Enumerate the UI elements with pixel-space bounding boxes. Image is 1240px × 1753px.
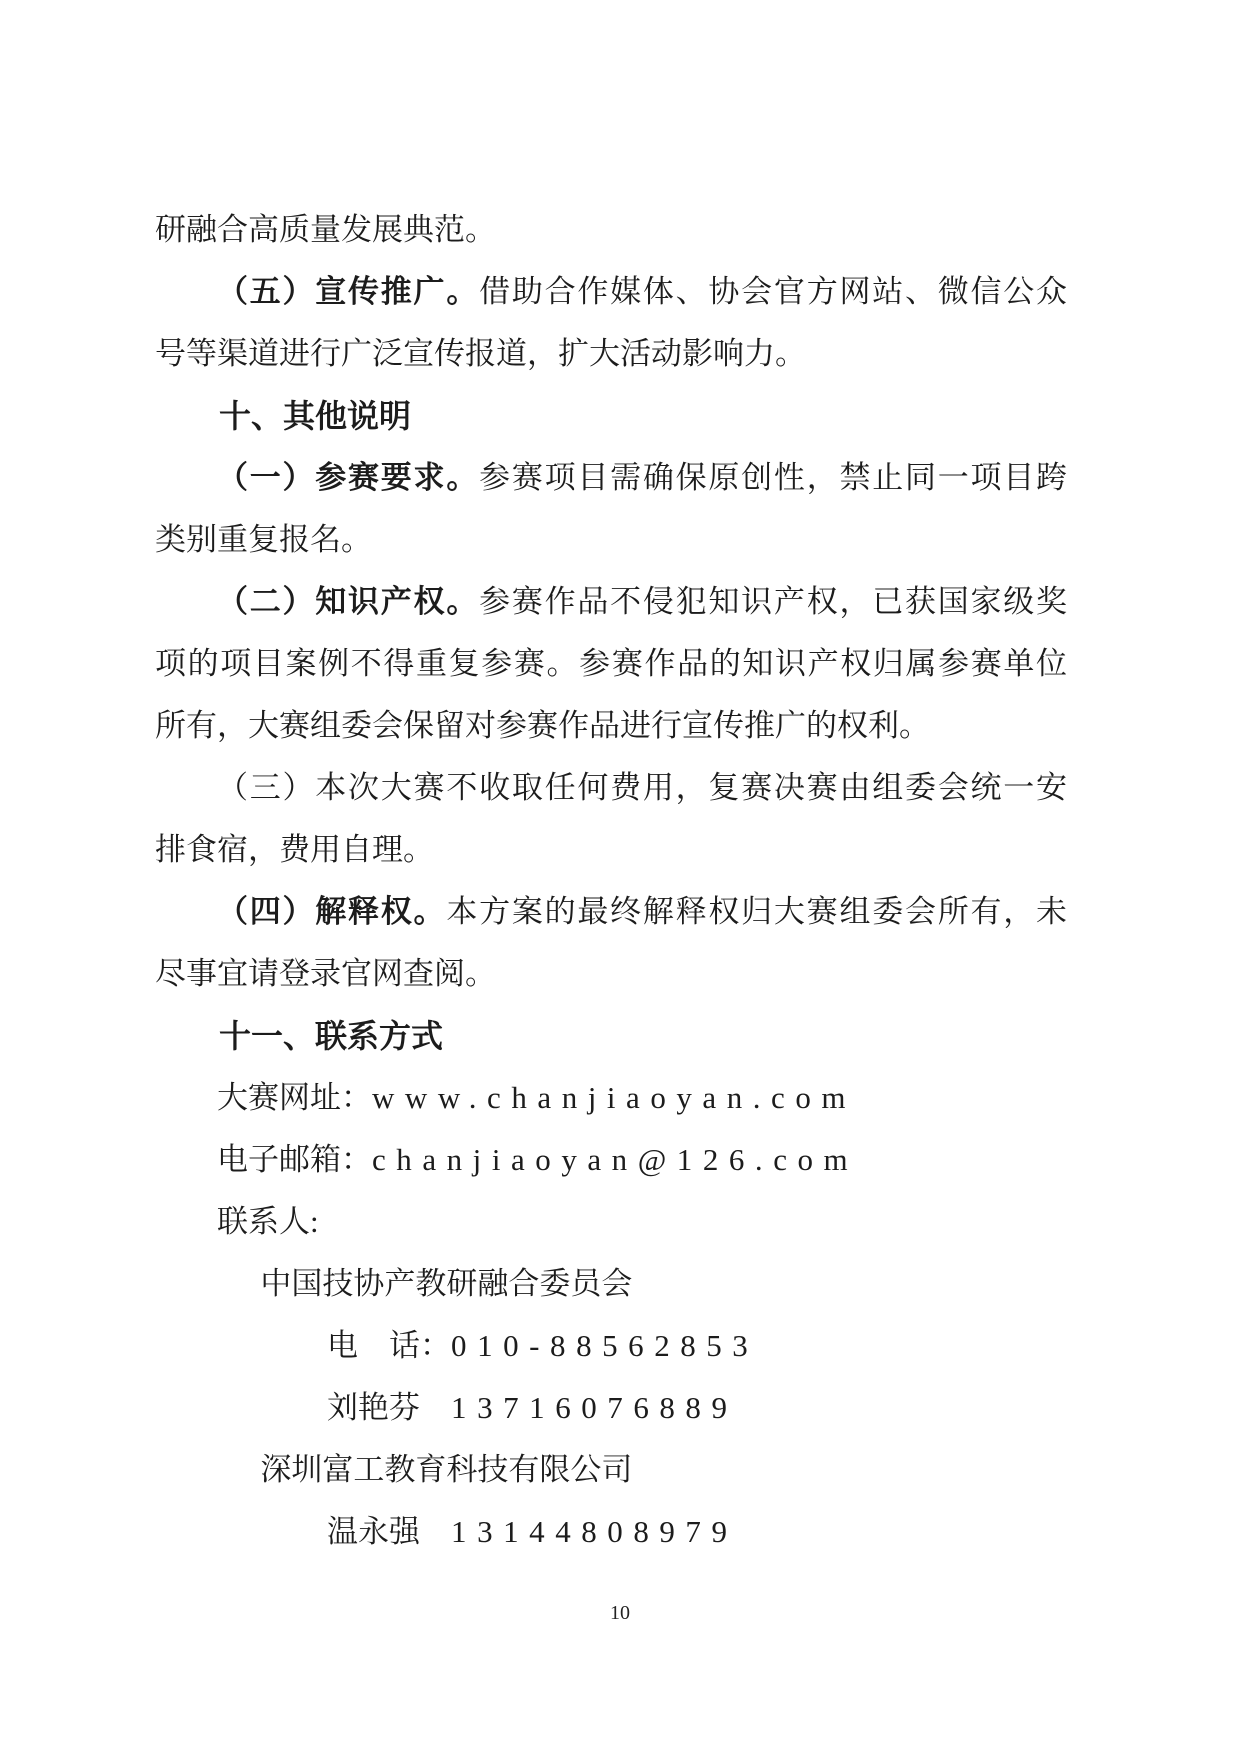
contact-line-website: 大赛网址：www.chanjiaoyan.com xyxy=(155,1067,1067,1129)
organization-name: 深圳富工教育科技有限公司 xyxy=(260,1452,632,1487)
paragraph-line: 所有，大赛组委会保留对参赛作品进行宣传推广的权利。 xyxy=(155,695,1067,757)
document-page: 研融合高质量发展典范。 （五）宣传推广。借助合作媒体、协会官方网站、微信公众 号… xyxy=(0,0,1240,1753)
contact-label: 大赛网址： xyxy=(217,1080,372,1115)
paragraph-line: （四）解释权。本方案的最终解释权归大赛组委会所有，未 xyxy=(155,881,1067,943)
bold-lead-text: （一）参赛要求。 xyxy=(217,460,479,495)
phone-number-text: 13716076889 xyxy=(451,1390,737,1425)
body-text: 参赛项目需确保原创性，禁止同一项目跨 xyxy=(479,460,1067,495)
paragraph-line: 项的项目案例不得重复参赛。参赛作品的知识产权归属参赛单位 xyxy=(155,633,1067,695)
bold-lead-text: （四）解释权。 xyxy=(217,894,446,929)
body-text: 参赛作品不侵犯知识产权，已获国家级奖 xyxy=(479,584,1067,619)
bold-lead-text: （二）知识产权。 xyxy=(217,584,479,619)
contact-line-organization: 中国技协产教研融合委员会 xyxy=(155,1253,1067,1315)
paragraph-line: （三）本次大赛不收取任何费用，复赛决赛由组委会统一安 xyxy=(155,757,1067,819)
section-heading: 十、其他说明 xyxy=(155,385,1067,447)
paragraph-line: 尽事宜请登录官网查阅。 xyxy=(155,943,1067,1005)
phone-number-text: 010-88562853 xyxy=(451,1328,758,1363)
bold-lead-text: （五）宣传推广。 xyxy=(217,274,479,309)
section-heading: 十一、联系方式 xyxy=(155,1005,1067,1067)
contact-person-name: 刘艳芬 xyxy=(327,1390,451,1425)
phone-number-text: 13144808979 xyxy=(451,1514,737,1549)
body-text: 类别重复报名。 xyxy=(155,522,372,557)
contact-line-organization: 深圳富工教育科技有限公司 xyxy=(155,1439,1067,1501)
contact-label: 电 话： xyxy=(327,1328,451,1363)
contact-line-person: 温永强 13144808979 xyxy=(155,1501,1067,1563)
contact-line-email: 电子邮箱：chanjiaoyan@126.com xyxy=(155,1129,1067,1191)
contact-label: 电子邮箱： xyxy=(217,1142,372,1177)
contact-line-phone: 电 话：010-88562853 xyxy=(155,1315,1067,1377)
body-text: 研融合高质量发展典范。 xyxy=(155,212,496,247)
heading-text: 十、其他说明 xyxy=(219,398,411,434)
body-text: 项的项目案例不得重复参赛。参赛作品的知识产权归属参赛单位 xyxy=(155,646,1067,681)
body-text: 号等渠道进行广泛宣传报道，扩大活动影响力。 xyxy=(155,336,806,371)
contact-line-person: 刘艳芬 13716076889 xyxy=(155,1377,1067,1439)
paragraph-line: 号等渠道进行广泛宣传报道，扩大活动影响力。 xyxy=(155,323,1067,385)
contact-line-person-label: 联系人: xyxy=(155,1191,1067,1253)
paragraph-line: （五）宣传推广。借助合作媒体、协会官方网站、微信公众 xyxy=(155,261,1067,323)
page-number: 10 xyxy=(0,1598,1240,1628)
paragraph-line: 排食宿，费用自理。 xyxy=(155,819,1067,881)
paragraph-line: 研融合高质量发展典范。 xyxy=(155,199,1067,261)
paragraph-line: （一）参赛要求。参赛项目需确保原创性，禁止同一项目跨 xyxy=(155,447,1067,509)
document-body: 研融合高质量发展典范。 （五）宣传推广。借助合作媒体、协会官方网站、微信公众 号… xyxy=(155,199,1067,1563)
body-text: 尽事宜请登录官网查阅。 xyxy=(155,956,496,991)
contact-label: 联系人: xyxy=(217,1204,319,1239)
paragraph-line: （二）知识产权。参赛作品不侵犯知识产权，已获国家级奖 xyxy=(155,571,1067,633)
body-text: 借助合作媒体、协会官方网站、微信公众 xyxy=(479,274,1067,309)
paragraph-line: 类别重复报名。 xyxy=(155,509,1067,571)
body-text: （三）本次大赛不收取任何费用，复赛决赛由组委会统一安 xyxy=(217,770,1067,805)
contact-person-name: 温永强 xyxy=(327,1514,451,1549)
website-url-text: www.chanjiaoyan.com xyxy=(372,1080,856,1115)
body-text: 排食宿，费用自理。 xyxy=(155,832,434,867)
body-text: 本方案的最终解释权归大赛组委会所有，未 xyxy=(446,894,1067,929)
email-address-text: chanjiaoyan@126.com xyxy=(372,1142,858,1177)
body-text: 所有，大赛组委会保留对参赛作品进行宣传推广的权利。 xyxy=(155,708,930,743)
heading-text: 十一、联系方式 xyxy=(219,1018,443,1054)
organization-name: 中国技协产教研融合委员会 xyxy=(260,1266,632,1301)
